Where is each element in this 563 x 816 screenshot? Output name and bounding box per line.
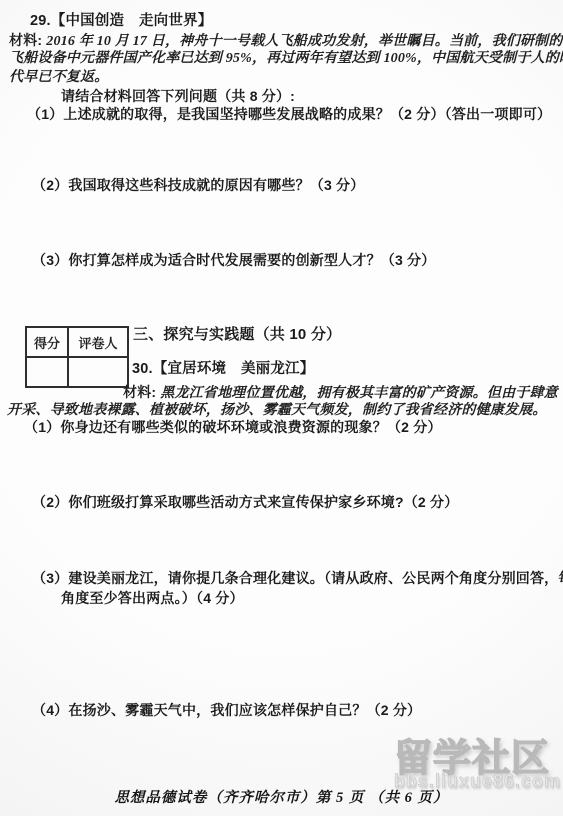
question-29-material-line-2: 飞船设备中元器件国产化率已达到 95%，再过两年有望达到 100%，中国航天受制…: [9, 51, 563, 67]
watermark-title: 留学社区: [394, 740, 561, 778]
question-30-sub-1: （1）你身边还有哪些类似的破坏环境或浪费资源的现象？（2 分）: [24, 419, 442, 435]
grader-cell-empty: [68, 357, 128, 387]
material-text: 2016 年 10 月 17 日，神舟十一号载人飞船成功发射，举世瞩目。当前，我…: [46, 34, 562, 49]
grader-cell-label: 评卷人: [68, 327, 128, 357]
score-table: 得分 评卷人: [25, 326, 129, 388]
question-29-material-line-3: 代早已不复返。: [9, 70, 108, 86]
score-table-header-row: 得分 评卷人: [26, 327, 128, 357]
question-30-title: 30.【宜居环境 美丽龙江】: [132, 361, 314, 377]
question-30-sub-3-line-1: （3）建设美丽龙江，请你提几条合理化建议。（请从政府、公民两个角度分别回答，每个: [32, 570, 563, 586]
score-cell-label: 得分: [26, 327, 68, 357]
material-text: 黑龙江省地理位置优越，拥有极其丰富的矿产资源。但由于肆意: [160, 386, 558, 401]
question-29-instruction: 请结合材料回答下列问题（共 8 分）:: [61, 88, 295, 104]
section-3-header: 三、探究与实践题（共 10 分）: [133, 327, 341, 343]
question-30-sub-2: （2）你们班级打算采取哪些活动方式来宣传保护家乡环境?（2 分）: [32, 494, 458, 510]
score-cell-empty: [26, 357, 68, 387]
exam-paper-page: 29.【中国创造 走向世界】 材料:2016 年 10 月 17 日，神舟十一号…: [0, 0, 563, 816]
material-label: 材料:: [123, 384, 156, 400]
score-table-empty-row: [26, 357, 128, 387]
question-30-sub-4: （4）在扬沙、雾霾天气中，我们应该怎样保护自己？（2 分）: [32, 702, 421, 718]
page-footer: 思想品德试卷（齐齐哈尔市）第 5 页 （共 6 页）: [0, 786, 563, 807]
question-30-material-line-1: 材料:黑龙江省地理位置优越，拥有极其丰富的矿产资源。但由于肆意: [123, 384, 558, 402]
material-label: 材料:: [9, 32, 42, 48]
question-29-sub-2: （2）我国取得这些科技成就的原因有哪些？（3 分）: [32, 177, 364, 193]
question-29-title: 29.【中国创造 走向世界】: [30, 13, 212, 29]
question-30-sub-3-line-2: 角度至少答出两点。）（4 分）: [61, 590, 244, 606]
question-29-sub-3: （3）你打算怎样成为适合时代发展需要的创新型人才？（3 分）: [32, 252, 435, 268]
question-30-material-line-2: 开采、导致地表裸露、植被破坏，扬沙、雾霾天气频发，制约了我省经济的健康发展。: [7, 403, 547, 419]
question-29-material-line-1: 材料:2016 年 10 月 17 日，神舟十一号载人飞船成功发射，举世瞩目。当…: [9, 32, 563, 50]
question-29-sub-1: （1）上述成就的取得，是我国坚持哪些发展战略的成果？（2 分）（答出一项即可）: [27, 106, 551, 122]
site-watermark: 留学社区 bbs.liuxue86.com: [394, 740, 561, 790]
